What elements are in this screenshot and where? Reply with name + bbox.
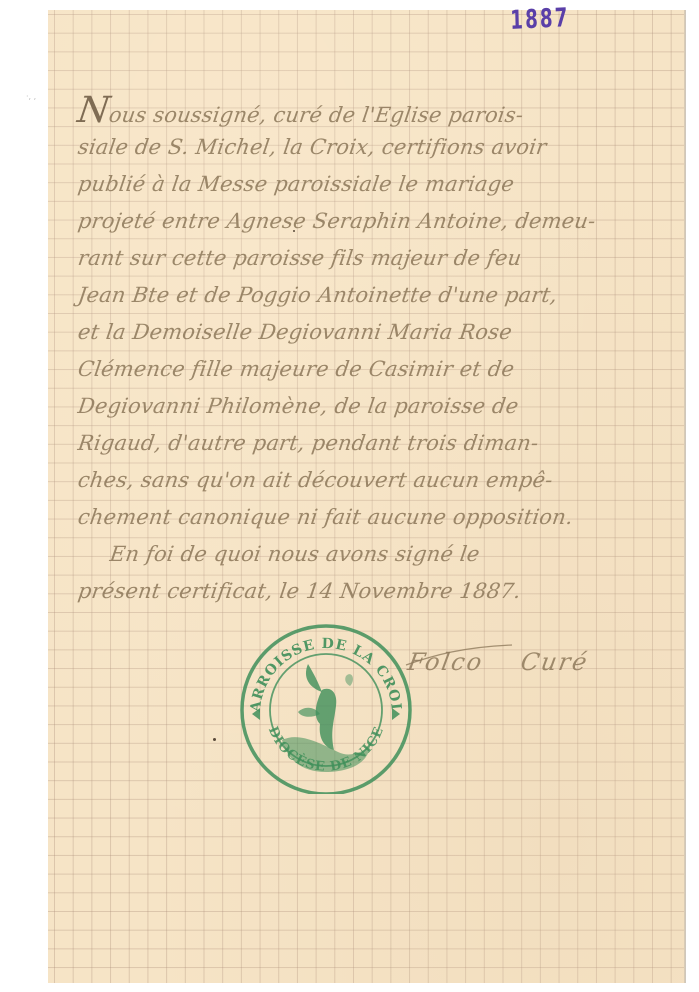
text-line: ches, sans qu'on ait découvert aucun emp… [75, 462, 640, 499]
margin-scan-mark: ·, , [26, 92, 36, 101]
text-line: Nous soussigné, curé de l'Eglise parois- [75, 92, 640, 129]
text-line: chement canonique ni fait aucune opposit… [75, 499, 640, 536]
text-line: siale de S. Michel, la Croix, certifions… [75, 129, 640, 166]
ink-speck [213, 738, 216, 741]
text-line: projeté entre Agnese Seraphin Antoine, d… [75, 203, 640, 240]
text-line: rant sur cette paroisse fils majeur de f… [75, 240, 640, 277]
signature: Folco Curé [406, 648, 591, 676]
parish-seal: PARROISSE DE LA CROIX DIOCÈSE DE NICE [238, 622, 414, 794]
text-line: Clémence fille majeure de Casimir et de [75, 351, 640, 388]
ink-speck [293, 230, 295, 232]
text-line: Degiovanni Philomène, de la paroisse de [75, 388, 640, 425]
parish-seal-icon: PARROISSE DE LA CROIX DIOCÈSE DE NICE [238, 622, 414, 794]
text-line: publié à la Messe paroissiale le mariage [75, 166, 640, 203]
archive-number: 1887 [510, 3, 570, 36]
text-line: et la Demoiselle Degiovanni Maria Rose [75, 314, 640, 351]
text-line: En foi de quoi nous avons signé le [75, 536, 640, 573]
text-line: présent certificat, le 14 Novembre 1887. [75, 573, 640, 610]
text-line: Jean Bte et de Poggio Antoinette d'une p… [75, 277, 640, 314]
text-line: Rigaud, d'autre part, pendant trois dima… [75, 425, 640, 462]
certificate-body: Nous soussigné, curé de l'Eglise parois-… [78, 92, 638, 610]
